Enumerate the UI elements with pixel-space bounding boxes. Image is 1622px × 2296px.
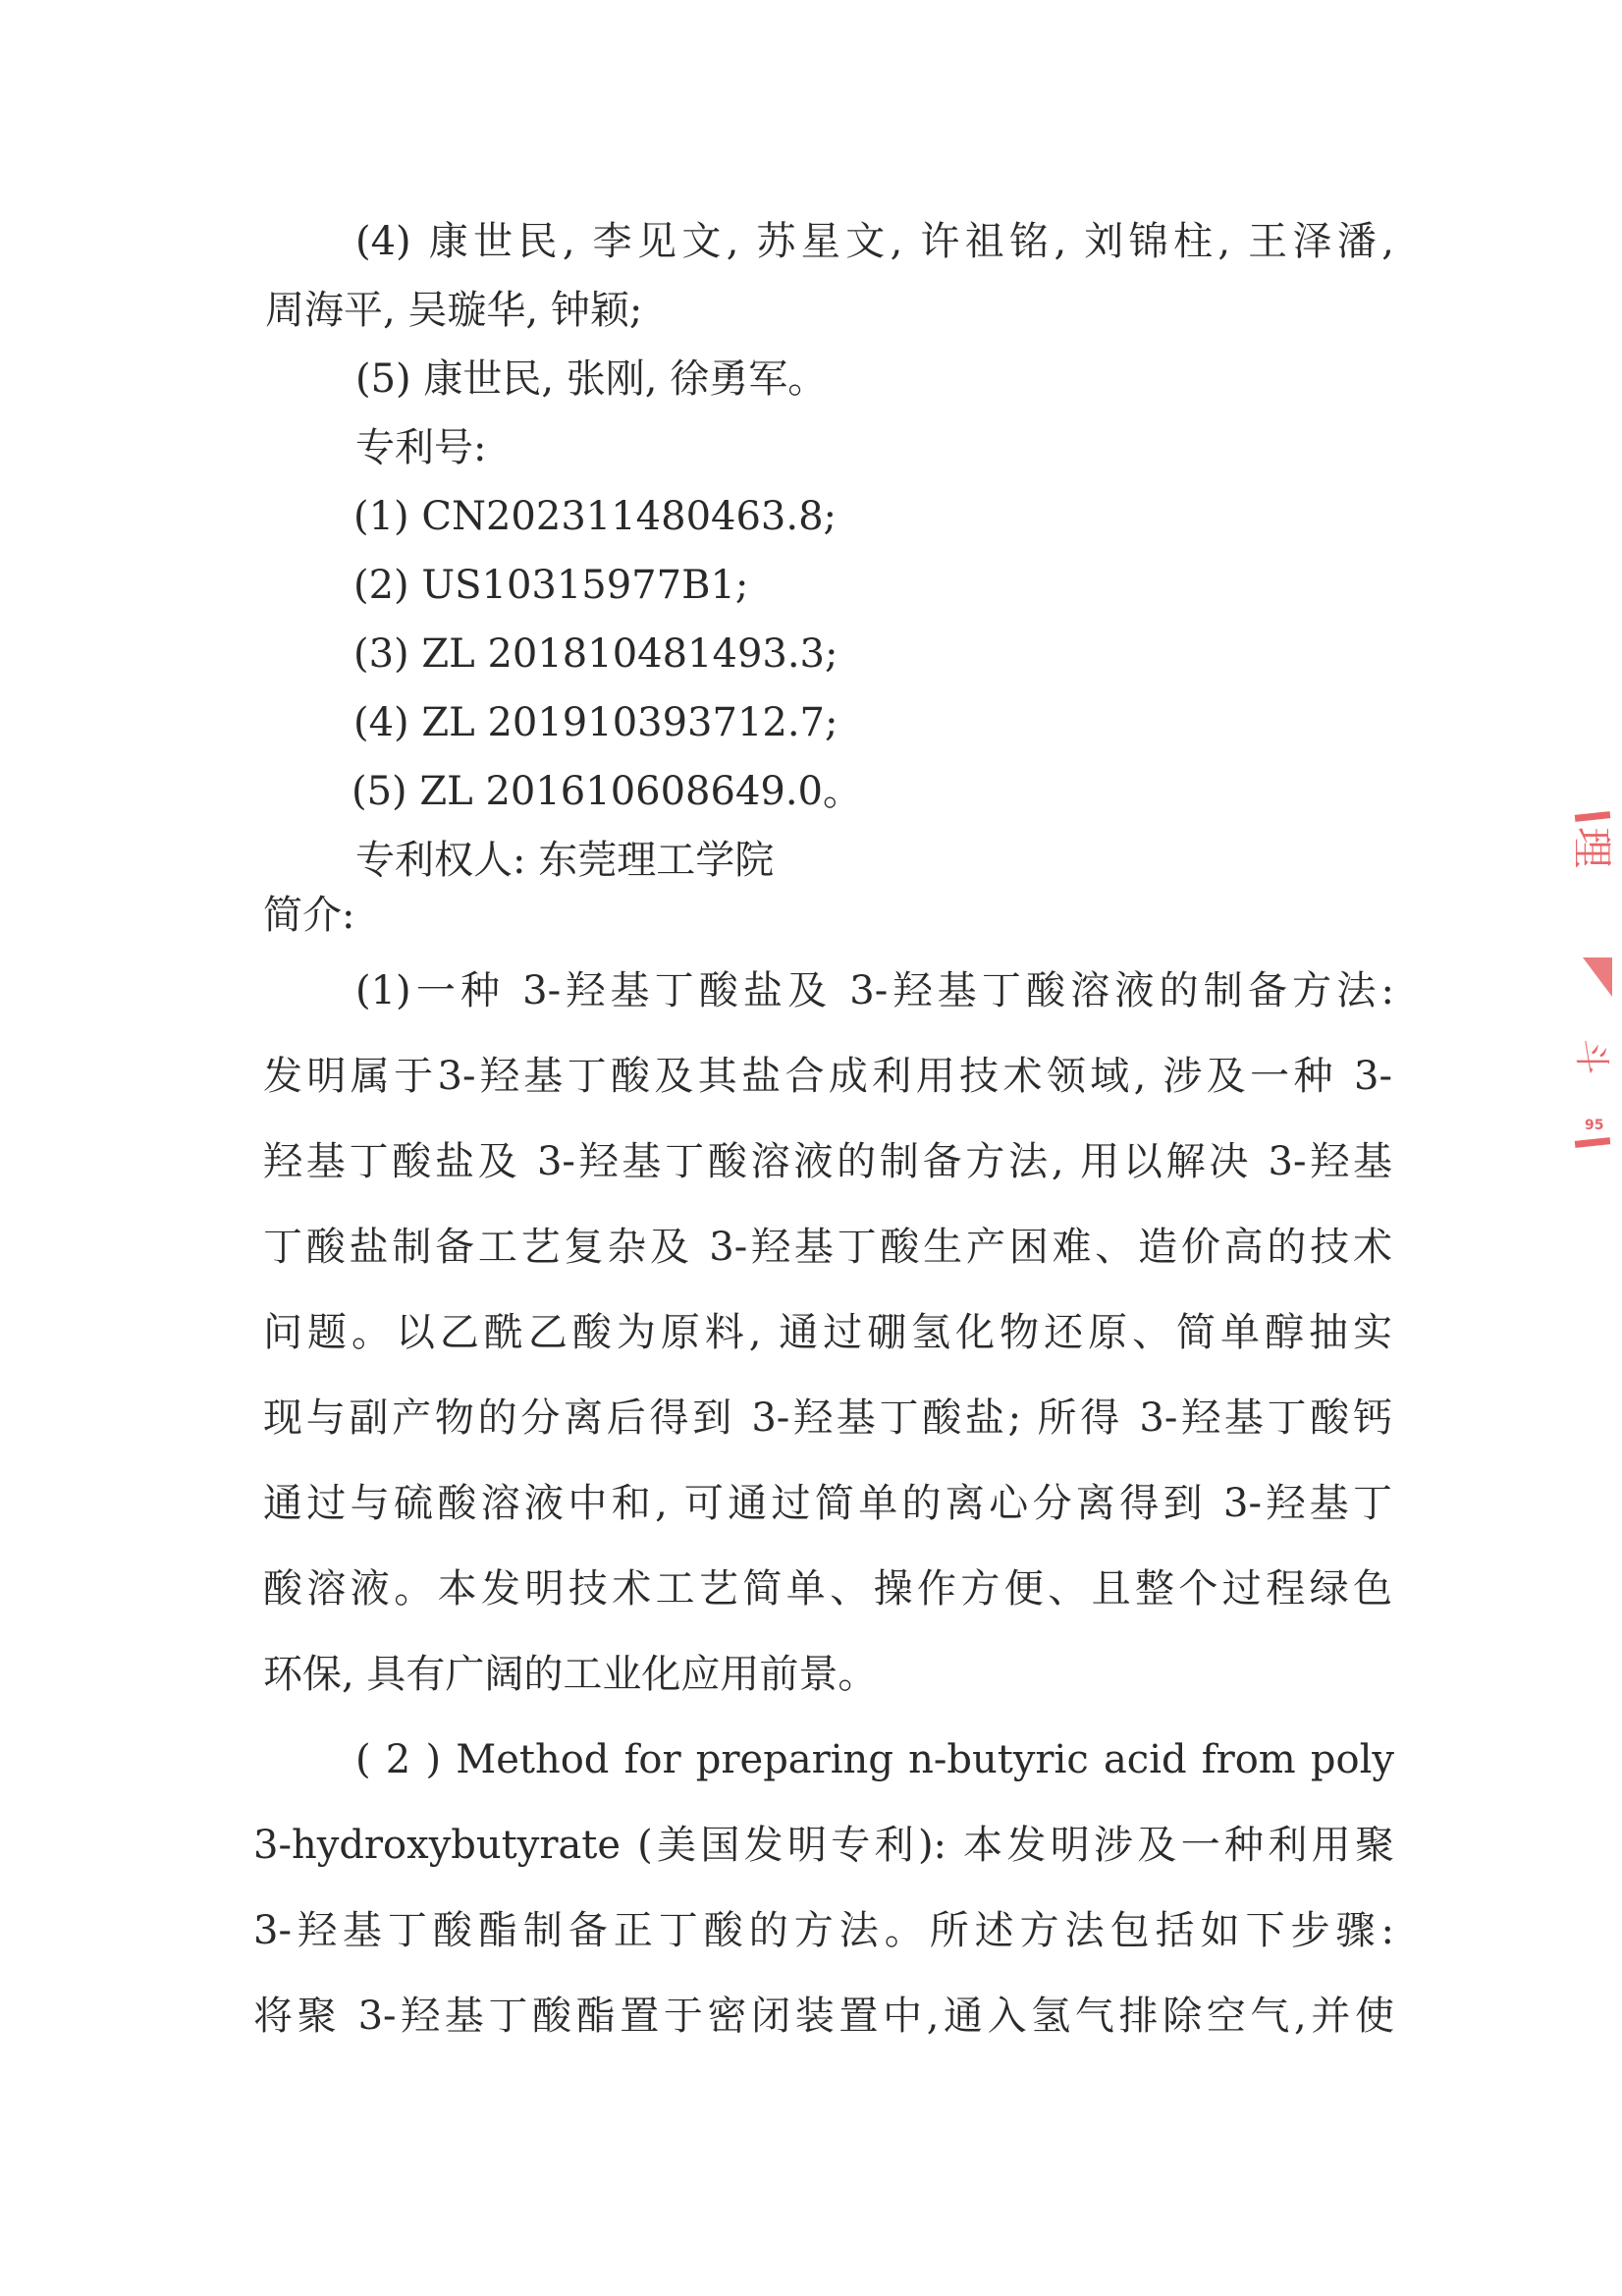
stamp-digits: 95 xyxy=(1585,1118,1603,1133)
summary-para-1-line: 发明属于3-羟基丁酸及其盐合成利用技术领域, 涉及一种 3- xyxy=(263,1053,1392,1100)
red-seal-stamp-partial: 理 斗 95 xyxy=(1569,805,1614,1159)
inventors-item-4-line-2: 周海平, 吴璇华, 钟颖; xyxy=(265,287,642,334)
summary-para-1-line: 问题。以乙酰乙酸为原料, 通过硼氢化物还原、简单醇抽实 xyxy=(263,1309,1392,1356)
patent-numbers-label: 专利号: xyxy=(355,424,486,471)
summary-para-1-line: 羟基丁酸盐及 3-羟基丁酸溶液的制备方法, 用以解决 3-羟基 xyxy=(263,1138,1392,1185)
inventors-item-4-line-1: (4) 康世民, 李见文, 苏星文, 许祖铭, 刘锦柱, 王泽潘, xyxy=(355,218,1394,265)
summary-para-1-line: 现与副产物的分离后得到 3-羟基丁酸盐; 所得 3-羟基丁酸钙 xyxy=(263,1394,1392,1442)
patent-number-item: (5) ZL 201610608649.0。 xyxy=(351,768,862,815)
summary-para-2-line: 将聚 3-羟基丁酸酯置于密闭装置中,通入氢气排除空气,并使 xyxy=(253,1993,1394,2040)
summary-para-1-line: 通过与硫酸溶液中和, 可通过简单的离心分离得到 3-羟基丁 xyxy=(263,1480,1392,1527)
summary-para-2-line: 3-hydroxybutyrate (美国发明专利): 本发明涉及一种利用聚 xyxy=(253,1822,1394,1869)
patent-number-item: (3) ZL 201810481493.3; xyxy=(353,630,838,678)
summary-para-1-line: 环保, 具有广阔的工业化应用前景。 xyxy=(263,1651,877,1698)
summary-para-2-line: ( 2 ) Method for preparing n-butyric aci… xyxy=(355,1736,1394,1783)
patent-number-item: (2) US10315977B1; xyxy=(353,562,748,609)
inventors-item-5: (5) 康世民, 张刚, 徐勇军。 xyxy=(355,355,827,403)
stamp-char-mid: 斗 xyxy=(1570,1039,1611,1074)
summary-para-1-line: 丁酸盐制备工艺复杂及 3-羟基丁酸生产困难、造价高的技术 xyxy=(263,1224,1392,1271)
summary-para-1-line: (1)一种 3-羟基丁酸盐及 3-羟基丁酸溶液的制备方法: xyxy=(355,967,1394,1014)
summary-para-1-line: 酸溶液。本发明技术工艺简单、操作方便、且整个过程绿色 xyxy=(263,1565,1392,1613)
stamp-border-mark xyxy=(1575,811,1611,822)
summary-para-2-line: 3-羟基丁酸酯制备正丁酸的方法。所述方法包括如下步骤: xyxy=(253,1907,1394,1954)
patent-number-item: (4) ZL 201910393712.7; xyxy=(353,699,838,746)
patentee: 专利权人: 东莞理工学院 xyxy=(355,837,774,884)
summary-label: 简介: xyxy=(263,892,354,939)
stamp-border-mark xyxy=(1575,1137,1611,1148)
stamp-star-mark xyxy=(1583,957,1612,997)
patent-number-item: (1) CN202311480463.8; xyxy=(353,493,837,540)
stamp-char-top: 理 xyxy=(1571,827,1612,868)
